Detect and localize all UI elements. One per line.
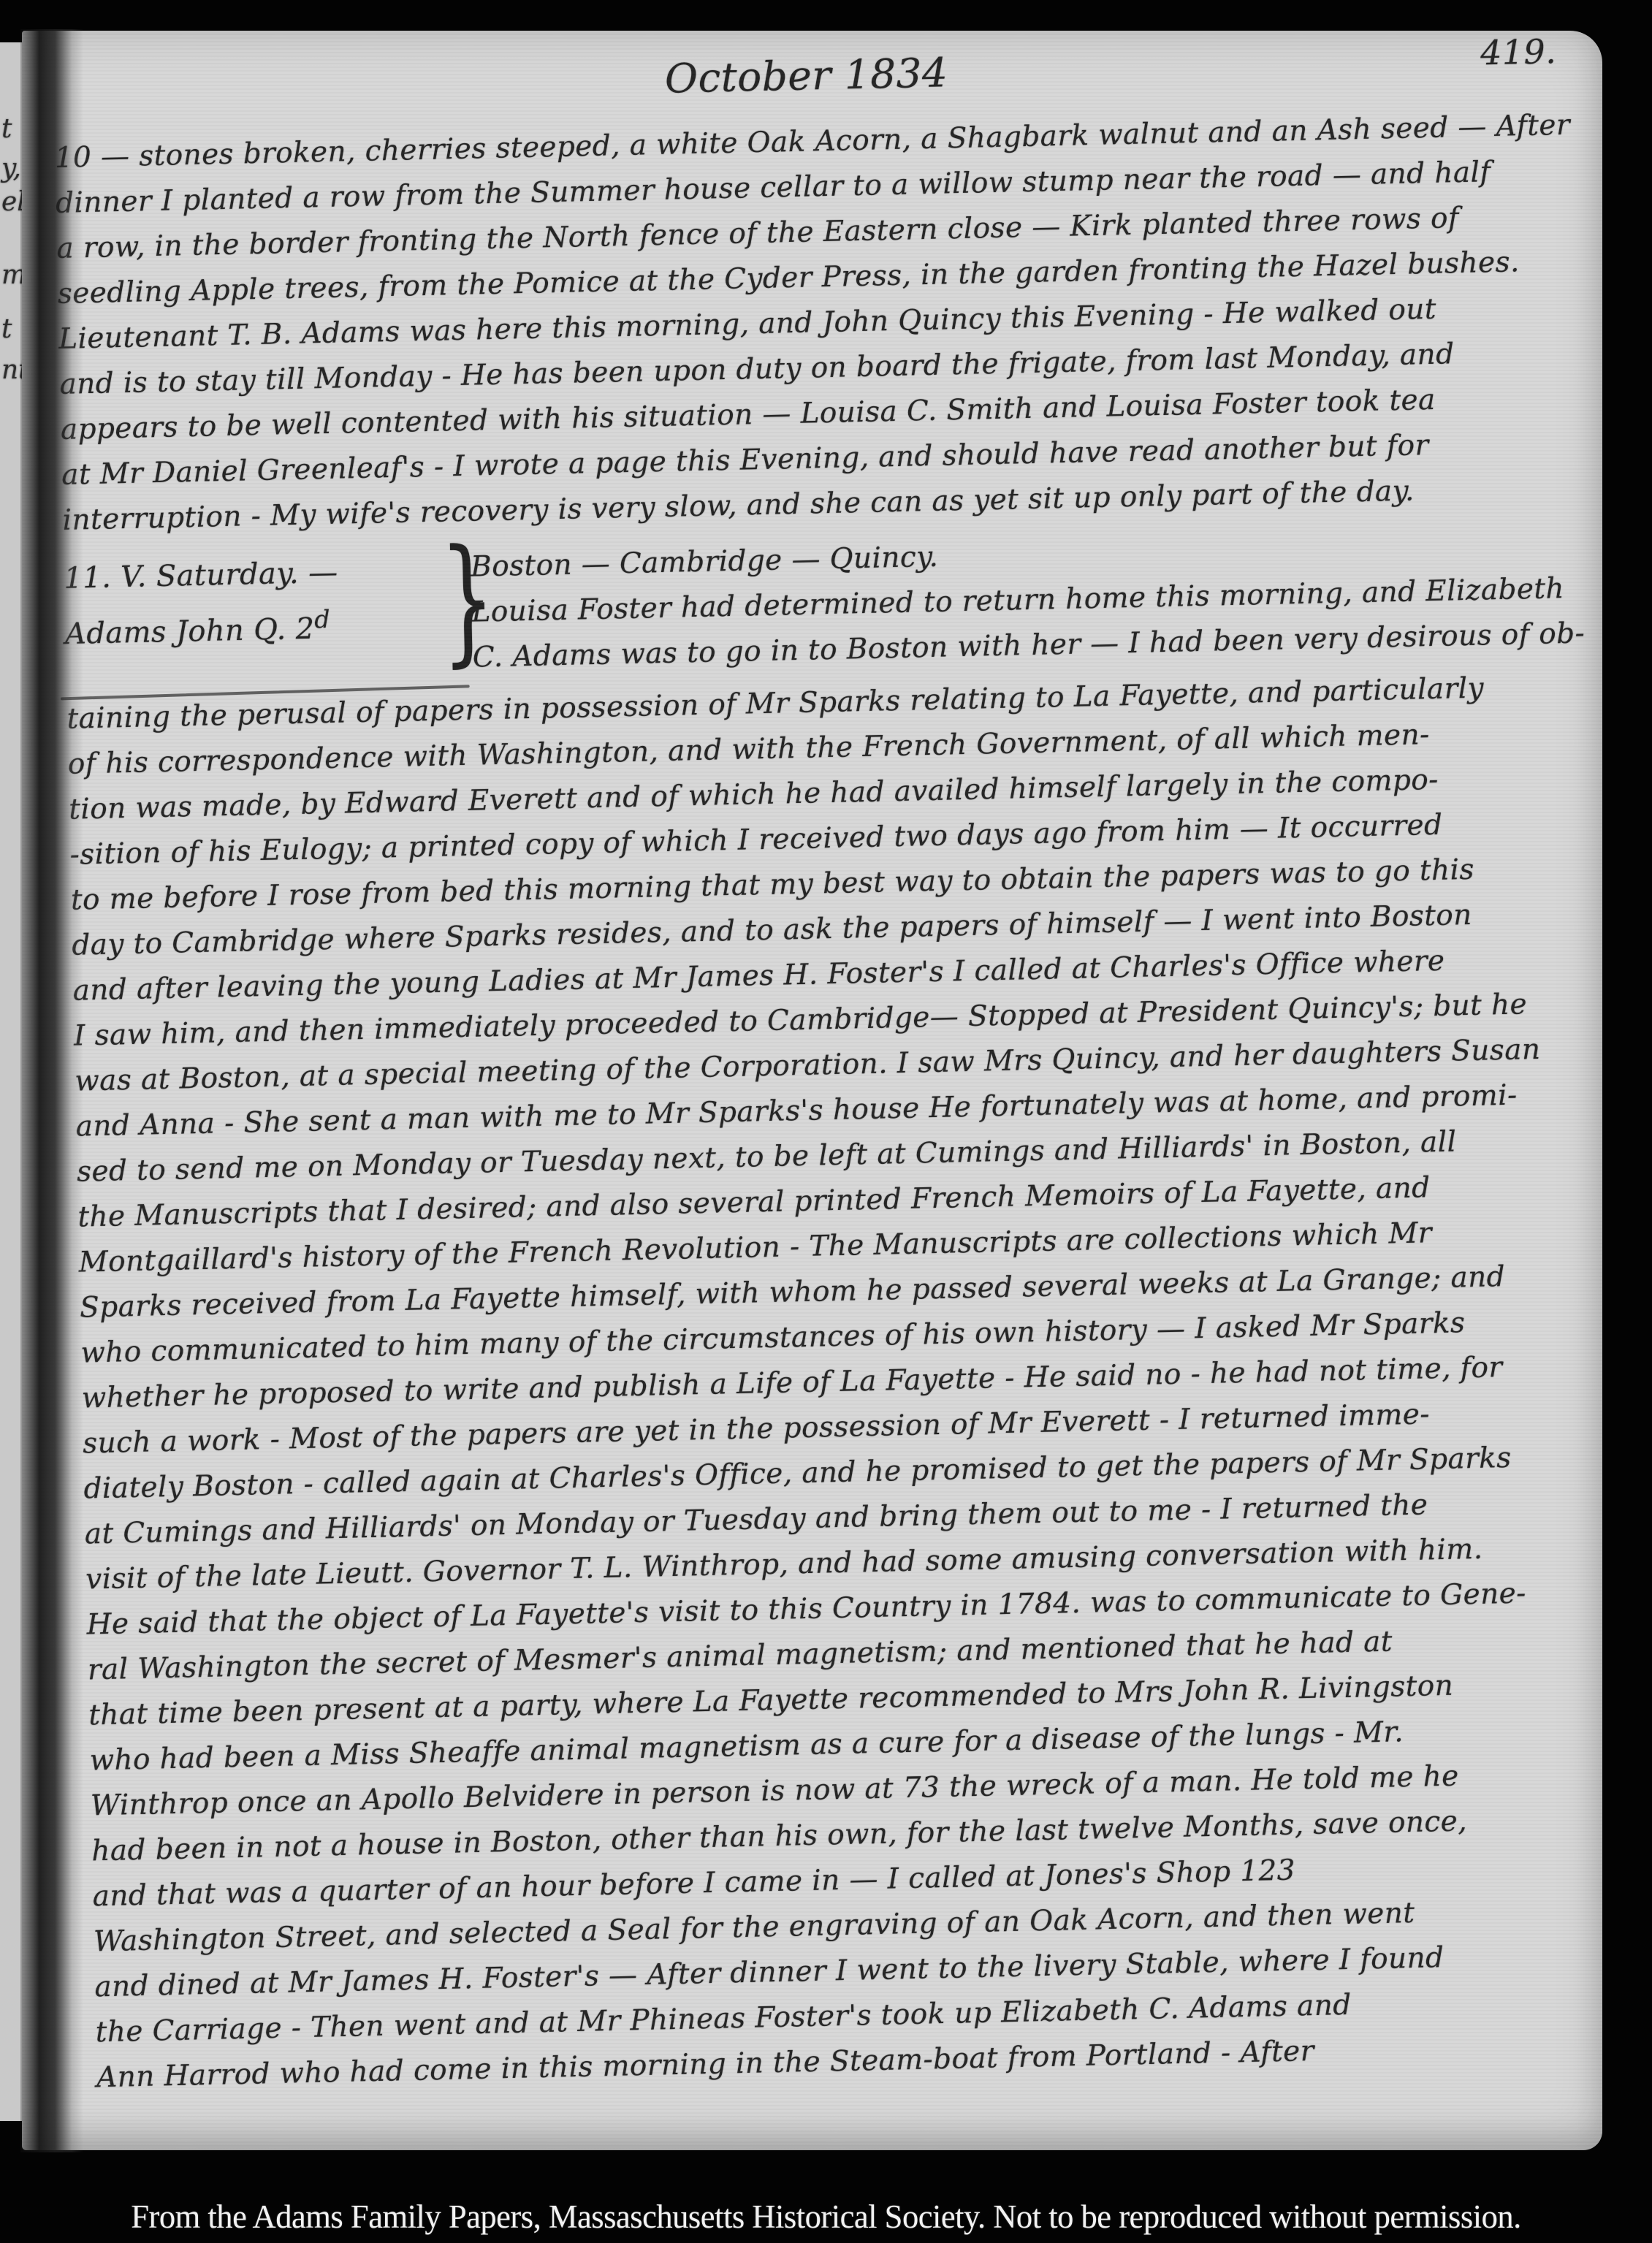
scanned-diary-page: t y, el m t nt October 1834 419. 10 — st… [0,0,1652,2243]
archive-caption-band: From the Adams Family Papers, Massaschus… [0,2149,1652,2243]
entry-margin-index: Adams John Q. 2d [64,594,435,658]
page-header-date: October 1834 [664,49,948,102]
archive-caption: From the Adams Family Papers, Massaschus… [8,2198,1643,2236]
entry-margin-date: 11. V. Saturday. — [64,547,433,602]
facing-page-edge: t y, el m t nt [0,42,22,2121]
manuscript-ink-layer: October 1834 419. 10 — stones broken, ch… [53,31,1602,2101]
entry-margin-block: 11. V. Saturday. — Adams John Q. 2d [64,546,435,690]
manuscript-paper: October 1834 419. 10 — stones broken, ch… [22,31,1602,2150]
page-edge-fragment: t [1,314,12,344]
page-edge-fragment: t [1,114,12,144]
margin-index-superscript: d [314,605,331,633]
margin-brace-icon: } [439,539,465,682]
page-number: 419. [1480,31,1557,72]
page-edge-fragment: y, [1,153,21,183]
entry-11-opening: Boston — Cambridge — Quincy. Louisa Fost… [470,521,1572,681]
journal-entry-10: 10 — stones broken, cherries steeped, a … [54,103,1569,544]
journal-entry-11-head: 11. V. Saturday. — Adams John Q. 2d } Bo… [64,521,1573,690]
journal-entry-11-body: taining the perusal of papers in possess… [66,664,1602,2101]
